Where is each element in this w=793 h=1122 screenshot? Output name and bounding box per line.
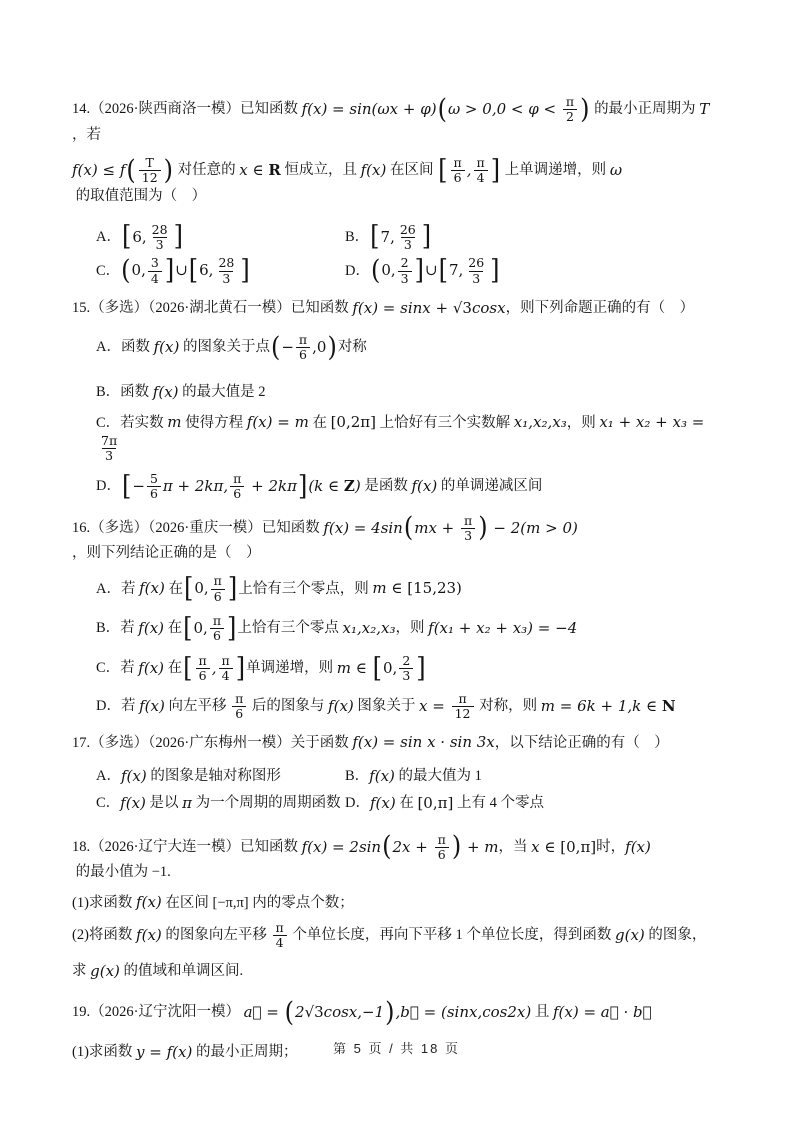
text-run: 的图象关于点 xyxy=(179,337,270,358)
big-delimiter: ] xyxy=(415,257,424,286)
fraction: π6 xyxy=(210,614,224,644)
math-italic-run: f(x) = m xyxy=(247,412,309,434)
fraction-numerator: 3 xyxy=(148,256,162,270)
math-italic-run: − 2(m > 0) xyxy=(489,518,578,540)
math-upright-run: 6, xyxy=(132,227,146,249)
fraction-numerator: π xyxy=(273,921,287,935)
math-upright-run: − xyxy=(281,337,294,359)
math-upright-run: − xyxy=(132,476,145,498)
big-delimiter: ] xyxy=(228,575,237,604)
q14-options-cd-col1: C．(0,34]∪[6,283] xyxy=(96,256,345,286)
text-run: 是函数 xyxy=(361,476,412,497)
big-delimiter: ( xyxy=(382,833,391,862)
big-delimiter: ] xyxy=(227,614,236,643)
math-upright-run: ∈ [0,π] xyxy=(540,837,597,859)
fraction-denominator: 4 xyxy=(474,170,488,185)
fraction: π6 xyxy=(230,472,244,502)
math-italic-run: g(x) xyxy=(90,961,120,983)
fraction: 263 xyxy=(397,223,419,253)
math-italic-run: f(x) xyxy=(154,337,180,359)
math-italic-run: f(x) xyxy=(328,696,354,718)
big-delimiter: [ xyxy=(438,156,447,185)
math-bold-set-symbol: R xyxy=(268,160,280,182)
fraction-numerator: π xyxy=(450,156,464,170)
math-upright-run: 0, xyxy=(194,618,208,640)
q15-option-a: A．函数 f(x) 的图象关于点(−π6,0)对称 xyxy=(72,333,735,363)
fraction-numerator: 26 xyxy=(465,256,487,270)
q15-stem: 15.（多选）（2026·湖北黄石一模）已知函数 f(x) = sinx + √… xyxy=(72,298,735,320)
text-run: 向左平移 xyxy=(165,696,230,717)
text-run: 对称，则 xyxy=(476,696,541,717)
fraction-numerator: π xyxy=(473,156,487,170)
fraction: 283 xyxy=(149,223,171,253)
fraction: 7π3 xyxy=(98,434,120,464)
fraction: π6 xyxy=(296,333,310,363)
fraction-denominator: 3 xyxy=(398,271,412,286)
big-delimiter: [ xyxy=(183,654,192,683)
big-delimiter: ] xyxy=(165,257,174,286)
math-upright-run: 0, xyxy=(194,578,208,600)
q16-option-a-line: A．若 f(x) 在[0,π6]上恰有三个零点，则 m ∈ [15,23) xyxy=(96,574,462,604)
q15-option-a-line: A．函数 f(x) 的图象关于点(−π6,0)对称 xyxy=(96,333,367,363)
q16-stem-line: 16.（多选）（2026·重庆一模）已知函数 f(x) = 4sin(mx + … xyxy=(72,514,735,565)
math-italic-run: f(x) xyxy=(139,578,165,600)
fraction-denominator: 3 xyxy=(153,237,167,252)
q18-part2-cont: 求 g(x) 的值域和单调区间. xyxy=(72,961,735,983)
q16-option-a: A．若 f(x) 在[0,π6]上恰有三个零点，则 m ∈ [15,23) xyxy=(72,574,735,604)
math-upright-run: ∪ xyxy=(425,260,438,282)
fraction: π12 xyxy=(452,692,474,722)
q16-option-b: B．若 f(x) 在[0,π6]上恰有三个零点 x₁,x₂,x₃，则 f(x₁ … xyxy=(72,614,735,644)
math-upright-run: 0, xyxy=(132,260,146,282)
text-run: (1)求函数 xyxy=(72,893,136,914)
fraction: 23 xyxy=(399,654,413,684)
fraction-denominator: 3 xyxy=(469,271,483,286)
fraction-numerator: π xyxy=(232,692,246,706)
fraction-denominator: 6 xyxy=(230,486,244,501)
math-bold-set-symbol: Z xyxy=(344,476,355,498)
fraction: 23 xyxy=(398,256,412,286)
q15-option-b-line: B．函数 f(x) 的最大值是 2 xyxy=(96,382,266,404)
fraction-numerator: π xyxy=(219,654,233,668)
text-run: 的单调递减区间 xyxy=(437,476,542,497)
text-run: 17.（多选）（2026·广东梅州一模）关于函数 xyxy=(72,733,352,754)
math-italic-run: f(x) xyxy=(139,696,165,718)
big-delimiter: ] xyxy=(236,654,245,683)
big-delimiter: [ xyxy=(183,614,192,643)
math-italic-run: ω > 0,0 < φ < xyxy=(448,99,561,121)
big-delimiter: [ xyxy=(122,223,131,252)
math-italic-run: x = xyxy=(419,696,450,718)
big-delimiter: ( xyxy=(121,257,130,286)
fraction-numerator: 26 xyxy=(397,223,419,237)
text-run: 在 xyxy=(309,413,331,434)
text-run: 对任意的 xyxy=(174,160,239,181)
fraction-denominator: 12 xyxy=(452,706,474,721)
math-italic-run: ω xyxy=(610,160,622,182)
text-run: 单调递增，则 xyxy=(246,658,337,679)
text-run: 对称 xyxy=(338,337,367,358)
text-run: 在 xyxy=(396,793,418,814)
big-delimiter: ( xyxy=(404,514,413,543)
math-italic-run: f(x) xyxy=(120,793,146,815)
big-delimiter: ( xyxy=(126,156,135,185)
fraction-denominator: 6 xyxy=(296,347,310,362)
q18-part1: (1)求函数 f(x) 在区间 [−π,π] 内的零点个数； xyxy=(72,892,735,914)
fraction-numerator: π xyxy=(211,574,225,588)
text-run: 上单调递增，则 xyxy=(501,160,610,181)
text-run: 的最小值为 −1. xyxy=(72,862,171,883)
fraction: π6 xyxy=(211,574,225,604)
text-run: 个单位长度，再向下平移 1 个单位长度，得到函数 xyxy=(289,925,615,946)
text-run: C．若实数 xyxy=(96,413,167,434)
math-italic-run: f(x) = 2sin xyxy=(302,837,382,859)
text-run: ，若 xyxy=(72,125,101,146)
math-italic-run: (k ∈ xyxy=(308,476,344,498)
big-delimiter: ) xyxy=(327,333,336,362)
text-run: 求 xyxy=(72,961,90,982)
fraction-numerator: 5 xyxy=(147,472,161,486)
q14-stem-line2-line: f(x) ≤ f(T12) 对任意的 x ∈ R 恒成立，且 f(x) 在区间 … xyxy=(72,156,735,207)
big-delimiter: [ xyxy=(184,575,193,604)
math-italic-run: x xyxy=(531,837,539,859)
text-run: 的图象是轴对称图形 xyxy=(147,766,281,787)
text-run: 在 xyxy=(164,618,182,639)
fraction-denominator: 6 xyxy=(147,486,161,501)
text-run: 上恰有三个零点，则 xyxy=(238,579,372,600)
q16-option-b-line: B．若 f(x) 在[0,π6]上恰有三个零点 x₁,x₂,x₃，则 f(x₁ … xyxy=(96,614,577,644)
math-italic-run: T xyxy=(699,99,709,121)
text-run: 恒成立，且 xyxy=(281,160,361,181)
fraction-denominator: 12 xyxy=(139,170,161,185)
math-italic-run: m = 6k + 1,k ∈ xyxy=(541,696,662,718)
math-italic-run: f(x) = sin x · sin 3x xyxy=(352,732,494,754)
fraction-denominator: 3 xyxy=(102,448,116,463)
text-run: A．函数 xyxy=(96,337,154,358)
fraction-numerator: π xyxy=(296,333,310,347)
text-run: 图象关于 xyxy=(354,696,419,717)
fraction-denominator: 6 xyxy=(435,847,449,862)
math-italic-run: f(x) xyxy=(625,837,651,859)
math-upright-run: [0,π] xyxy=(417,793,453,815)
text-run: D． xyxy=(345,793,370,814)
math-upright-run: 0, xyxy=(381,260,395,282)
math-italic-run: m xyxy=(337,658,351,680)
math-italic-run: f(x) ≤ f xyxy=(72,160,125,182)
math-italic-run: f(x) xyxy=(136,892,162,914)
q18-part2-cont-line: 求 g(x) 的值域和单调区间. xyxy=(72,961,243,983)
q14-options-ab-col1: A．[6,283] xyxy=(96,223,345,253)
text-run: 在区间 [−π,π] 内的零点个数； xyxy=(162,893,354,914)
text-run: 15.（多选）（2026·湖北黄石一模）已知函数 xyxy=(72,298,352,319)
text-run: D． xyxy=(96,476,121,497)
big-delimiter: ( xyxy=(271,333,280,362)
q17-options-ab-col1: A．f(x) 的图象是轴对称图形 xyxy=(96,766,345,788)
text-run: 在 xyxy=(165,579,183,600)
math-italic-run: x₁,x₂,x₃ xyxy=(343,618,396,640)
text-run: (2)将函数 xyxy=(72,925,136,946)
fraction-denominator: 6 xyxy=(451,170,465,185)
q17-options-cd-col2: D．f(x) 在 [0,π] 上有 4 个零点 xyxy=(345,793,544,815)
fraction-denominator: 3 xyxy=(219,271,233,286)
fraction-numerator: 28 xyxy=(215,256,237,270)
fraction: T12 xyxy=(139,156,161,186)
q17-options-ab-col2: B．f(x) 的最大值为 1 xyxy=(345,766,482,788)
text-run: ，则下列结论正确的是（ ） xyxy=(72,543,261,564)
text-run: 且 xyxy=(531,1002,553,1023)
big-delimiter: ) xyxy=(385,998,394,1027)
big-delimiter: [ xyxy=(373,654,382,683)
big-delimiter: ( xyxy=(438,95,447,124)
text-run: 时， xyxy=(596,837,625,858)
text-run: B． xyxy=(345,227,369,248)
math-upright-run: 7, xyxy=(381,227,395,249)
big-delimiter: ) xyxy=(452,833,461,862)
q14-options-cd-col2: D．(0,23]∪[7,263] xyxy=(345,256,501,286)
fraction-numerator: π xyxy=(230,472,244,486)
text-run: 的图象， xyxy=(645,925,707,946)
math-upright-run: ∈ xyxy=(387,578,408,600)
big-delimiter: ] xyxy=(490,257,499,286)
q17-options-cd-col1: C．f(x) 是以 π 为一个周期的周期函数 xyxy=(96,793,345,815)
text-run: ，则下列命题正确的有（ ） xyxy=(506,298,695,319)
math-italic-run: f(x) xyxy=(121,766,147,788)
math-italic-run: π + 2kπ, xyxy=(163,476,228,498)
math-upright-run: ∈ xyxy=(351,658,372,680)
fraction-denominator: 6 xyxy=(196,668,210,683)
text-run: 的图象向左平移 xyxy=(162,925,271,946)
fraction: 283 xyxy=(215,256,237,286)
math-italic-run: cosx xyxy=(472,298,506,320)
q18-stem-line: 18.（2026·辽宁大连一模）已知函数 f(x) = 2sin(2x + π6… xyxy=(72,833,735,884)
text-run: 为一个周期的周期函数 xyxy=(192,793,341,814)
text-run: 16.（多选）（2026·重庆一模）已知函数 xyxy=(72,518,323,539)
fraction-numerator: π xyxy=(461,514,475,528)
math-upright-run: [0,2π] xyxy=(331,412,376,434)
math-upright-run: 0, xyxy=(383,658,397,680)
math-italic-run: , xyxy=(212,658,217,680)
text-run: 上恰好有三个实数解 xyxy=(376,413,514,434)
fraction: π4 xyxy=(473,156,487,186)
fraction-numerator: 7π xyxy=(98,434,120,448)
big-delimiter: ( xyxy=(371,257,380,286)
math-italic-run: ,b⃗ = (sinx,cos2x) xyxy=(396,1002,532,1024)
big-delimiter: ] xyxy=(422,223,431,252)
q19-stem-line: 19.（2026·辽宁沈阳一模） a⃗ = (2√3cosx,−1),b⃗ = … xyxy=(72,1000,652,1026)
document-page: 14.（2026·陕西商洛一模）已知函数 f(x) = sin(ωx + φ)(… xyxy=(0,0,793,1122)
fraction-denominator: 3 xyxy=(461,528,475,543)
q14-stem-line1-line: 14.（2026·陕西商洛一模）已知函数 f(x) = sin(ωx + φ)(… xyxy=(72,95,735,146)
text-run: C． xyxy=(96,261,120,282)
math-italic-run: f(x) = sinx + xyxy=(352,298,453,320)
fraction: π4 xyxy=(219,654,233,684)
text-run: B． xyxy=(345,766,369,787)
fraction: 263 xyxy=(465,256,487,286)
text-run: 后的图象与 xyxy=(248,696,328,717)
q17-stem: 17.（多选）（2026·广东梅州一模）关于函数 f(x) = sin x · … xyxy=(72,732,735,754)
text-run: ，当 xyxy=(499,837,532,858)
big-delimiter: ] xyxy=(174,223,183,252)
text-run: A．若 xyxy=(96,579,139,600)
big-delimiter: [ xyxy=(439,257,448,286)
q16-option-d-line: D．若 f(x) 向左平移 π6 后的图象与 f(x) 图象关于 x = π12… xyxy=(96,692,676,722)
q16-option-c: C．若 f(x) 在[π6,π4]单调递增，则 m ∈ [0,23] xyxy=(72,654,735,684)
fraction-numerator: 28 xyxy=(149,223,171,237)
text-run: B．若 xyxy=(96,618,138,639)
math-italic-run: x₁ + x₂ + x₃ = xyxy=(599,412,709,434)
q18-part2-line: (2)将函数 f(x) 的图象向左平移 π4 个单位长度，再向下平移 1 个单位… xyxy=(72,921,706,951)
math-upright-run: [15,23) xyxy=(407,578,462,600)
text-run: ，则 xyxy=(396,618,429,639)
q17-stem-line: 17.（多选）（2026·广东梅州一模）关于函数 f(x) = sin x · … xyxy=(72,732,669,754)
q15-option-b: B．函数 f(x) 的最大值是 2 xyxy=(72,382,735,404)
text-run: ，则 xyxy=(567,413,600,434)
fraction: π2 xyxy=(563,95,577,125)
q15-option-c-line: C．若实数 m 使得方程 f(x) = m 在 [0,2π] 上恰好有三个实数解… xyxy=(96,412,735,464)
fraction: π6 xyxy=(196,654,210,684)
math-italic-run: f(x) xyxy=(138,618,164,640)
q14-options-ab-col2: B．[7,263] xyxy=(345,223,432,253)
q18-stem: 18.（2026·辽宁大连一模）已知函数 f(x) = 2sin(2x + π6… xyxy=(72,833,735,884)
q16-option-c-line: C．若 f(x) 在[π6,π4]单调递增，则 m ∈ [0,23] xyxy=(96,654,427,684)
page-number-text: 第 5 页 / 共 18 页 xyxy=(333,1041,460,1056)
math-italic-run: , xyxy=(467,160,472,182)
math-italic-run: m xyxy=(372,578,386,600)
fraction-numerator: T xyxy=(143,156,157,170)
text-run: D． xyxy=(345,261,370,282)
fraction-denominator: 6 xyxy=(210,628,224,643)
math-upright-run: 6, xyxy=(199,260,213,282)
fraction-numerator: π xyxy=(563,95,577,109)
text-run: ，以下结论正确的有（ ） xyxy=(495,733,669,754)
math-upright-run: ,0 xyxy=(312,337,326,359)
big-delimiter: ] xyxy=(240,257,249,286)
fraction-numerator: 2 xyxy=(398,256,412,270)
q15-stem-line: 15.（多选）（2026·湖北黄石一模）已知函数 f(x) = sinx + √… xyxy=(72,298,694,320)
big-delimiter: ( xyxy=(285,998,294,1027)
text-run: 的值域和单调区间. xyxy=(120,961,243,982)
fraction: 56 xyxy=(147,472,161,502)
text-run: 的最大值是 2 xyxy=(179,382,266,403)
text-run: A． xyxy=(96,766,121,787)
math-italic-run: f(x) xyxy=(369,766,395,788)
math-upright-run: ∪ xyxy=(175,260,188,282)
fraction-numerator: π xyxy=(435,833,449,847)
text-run: 在区间 xyxy=(386,160,437,181)
math-italic-run: cosx,−1 xyxy=(324,1002,384,1024)
fraction-denominator: 4 xyxy=(148,271,162,286)
text-run: 上有 4 个零点 xyxy=(453,793,544,814)
fraction: 34 xyxy=(148,256,162,286)
math-italic-run: f(x) xyxy=(136,925,162,947)
math-italic-run: m xyxy=(167,412,181,434)
q16-stem: 16.（多选）（2026·重庆一模）已知函数 f(x) = 4sin(mx + … xyxy=(72,514,735,565)
q19-stem: 19.（2026·辽宁沈阳一模） a⃗ = (2√3cosx,−1),b⃗ = … xyxy=(72,1000,735,1026)
text-run: 18.（2026·辽宁大连一模）已知函数 xyxy=(72,837,302,858)
q14-options-cd: C．(0,34]∪[6,283]D．(0,23]∪[7,263] xyxy=(72,256,735,286)
fraction: π6 xyxy=(450,156,464,186)
math-italic-run: + 2kπ xyxy=(246,476,297,498)
math-upright-run: √3 xyxy=(305,1002,324,1024)
math-italic-run: 2 xyxy=(295,1002,305,1024)
big-delimiter: ] xyxy=(491,156,500,185)
big-delimiter: [ xyxy=(370,223,379,252)
text-run: 14.（2026·陕西商洛一模）已知函数 xyxy=(72,99,302,120)
fraction: π6 xyxy=(232,692,246,722)
fraction-numerator: π xyxy=(196,654,210,668)
big-delimiter: ) xyxy=(164,156,173,185)
math-italic-run: f(x) xyxy=(411,476,437,498)
q17-options-ab: A．f(x) 的图象是轴对称图形B．f(x) 的最大值为 1 xyxy=(72,766,735,788)
text-run: 是以 xyxy=(146,793,182,814)
text-run: C． xyxy=(96,793,120,814)
math-italic-run: π xyxy=(182,793,192,815)
math-italic-run: f(x) xyxy=(153,382,179,404)
q15-option-d: D．[−56π + 2kπ,π6 + 2kπ](k ∈ Z) 是函数 f(x) … xyxy=(72,472,735,502)
q14-stem-line1: 14.（2026·陕西商洛一模）已知函数 f(x) = sin(ωx + φ)(… xyxy=(72,95,735,146)
text-run: 的最小正周期为 xyxy=(590,99,699,120)
fraction-numerator: π xyxy=(455,692,469,706)
math-italic-run: g(x) xyxy=(615,925,645,947)
big-delimiter: ] xyxy=(416,654,425,683)
fraction-denominator: 2 xyxy=(563,109,577,124)
big-delimiter: [ xyxy=(122,472,131,501)
math-italic-run: f(x) = 4sin xyxy=(323,518,403,540)
q17-options-cd: C．f(x) 是以 π 为一个周期的周期函数D．f(x) 在 [0,π] 上有 … xyxy=(72,793,735,815)
math-upright-run: ∈ xyxy=(248,160,269,182)
math-italic-run: + m xyxy=(462,837,498,859)
text-run: 上恰有三个零点 xyxy=(237,618,342,639)
q15-option-c: C．若实数 m 使得方程 f(x) = m 在 [0,2π] 上恰好有三个实数解… xyxy=(72,412,735,464)
q14-stem-line2: f(x) ≤ f(T12) 对任意的 x ∈ R 恒成立，且 f(x) 在区间 … xyxy=(72,156,735,207)
math-italic-run: f(x) xyxy=(370,793,396,815)
fraction-denominator: 3 xyxy=(399,668,413,683)
fraction: π4 xyxy=(273,921,287,951)
math-italic-run: a⃗ = xyxy=(244,1002,284,1024)
fraction-denominator: 4 xyxy=(273,935,287,950)
text-run: C．若 xyxy=(96,658,138,679)
big-delimiter: ] xyxy=(298,472,307,501)
fraction-denominator: 3 xyxy=(401,237,415,252)
page-footer: 第 5 页 / 共 18 页 xyxy=(0,1038,793,1057)
text-run: 在 xyxy=(164,658,182,679)
math-italic-run: f(x₁ + x₂ + x₃) = −4 xyxy=(428,618,577,640)
big-delimiter: [ xyxy=(189,257,198,286)
math-upright-run: √3 xyxy=(453,298,472,320)
fraction-denominator: 6 xyxy=(232,706,246,721)
text-run: 使得方程 xyxy=(182,413,247,434)
big-delimiter: ) xyxy=(580,95,589,124)
math-italic-run: f(x) = sin(ωx + φ) xyxy=(302,99,437,121)
fraction-numerator: π xyxy=(210,614,224,628)
fraction-numerator: 2 xyxy=(399,654,413,668)
fraction: π6 xyxy=(435,833,449,863)
q18-part1-line: (1)求函数 f(x) 在区间 [−π,π] 内的零点个数； xyxy=(72,892,354,914)
math-bold-set-symbol: N xyxy=(662,696,676,718)
fraction: π3 xyxy=(461,514,475,544)
q14-options-ab: A．[6,283]B．[7,263] xyxy=(72,223,735,253)
text-run: 的取值范围为（ ） xyxy=(72,186,206,207)
text-run: B．函数 xyxy=(96,382,153,403)
big-delimiter: ) xyxy=(478,514,487,543)
math-italic-run: mx + xyxy=(414,518,459,540)
math-upright-run: 7, xyxy=(449,260,463,282)
fraction-denominator: 4 xyxy=(219,668,233,683)
document-content: 14.（2026·陕西商洛一模）已知函数 f(x) = sin(ωx + φ)(… xyxy=(72,95,735,1063)
fraction-denominator: 6 xyxy=(211,589,225,604)
math-italic-run: x xyxy=(239,160,247,182)
text-run: D．若 xyxy=(96,696,139,717)
